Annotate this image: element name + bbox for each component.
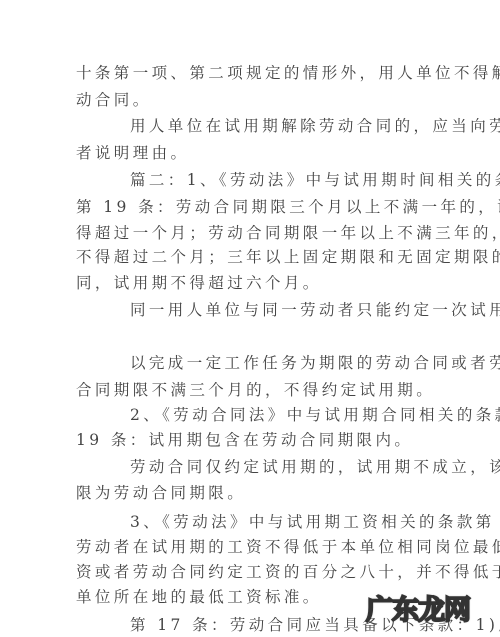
text-line: 不得超过二个月；三年以上固定期限和无固定期限的劳动合 — [76, 246, 421, 268]
text-line: 动合同。 — [76, 89, 421, 111]
text-line: 十条第一项、第二项规定的情形外，用人单位不得解除劳 — [76, 62, 421, 84]
text-line: 合同期限不满三个月的，不得约定试用期。 — [76, 379, 421, 401]
text-line: 3、《劳动法》中与试用期工资相关的条款第 20 条： — [130, 511, 475, 533]
text-line: 得超过一个月；劳动合同期限一年以上不满三年的，试用期 — [76, 222, 421, 244]
text-line: 2、《劳动合同法》中与试用期合同相关的条款第 — [130, 404, 475, 426]
text-line: 同，试用期不得超过六个月。 — [76, 272, 421, 294]
text-line: 用人单位在试用期解除劳动合同的，应当向劳动 — [130, 115, 475, 137]
text-line: 劳动者在试用期的工资不得低于本单位相同岗位最低档工 — [76, 536, 421, 558]
site-watermark: 广东龙网 — [366, 588, 470, 627]
text-line: 篇二：1、《劳动法》中与试用期时间相关的条款 — [130, 169, 475, 191]
text-line: 以完成一定工作任务为期限的劳动合同或者劳动 — [130, 352, 475, 374]
text-line: 资或者劳动合同约定工资的百分之八十，并不得低于用人 — [76, 561, 421, 583]
text-line: 第 19 条：劳动合同期限三个月以上不满一年的，试用期不 — [76, 196, 421, 218]
document-page: 十条第一项、第二项规定的情形外，用人单位不得解除劳动合同。用人单位在试用期解除劳… — [0, 0, 500, 637]
text-line: 劳动合同仅约定试用期的，试用期不成立，该期 — [130, 456, 475, 478]
text-line: 限为劳动合同期限。 — [76, 482, 421, 504]
text-line: 同一用人单位与同一劳动者只能约定一次试用期。 — [130, 299, 475, 321]
text-line: 者说明理由。 — [76, 142, 421, 164]
text-line: 19 条：试用期包含在劳动合同期限内。 — [76, 429, 421, 451]
